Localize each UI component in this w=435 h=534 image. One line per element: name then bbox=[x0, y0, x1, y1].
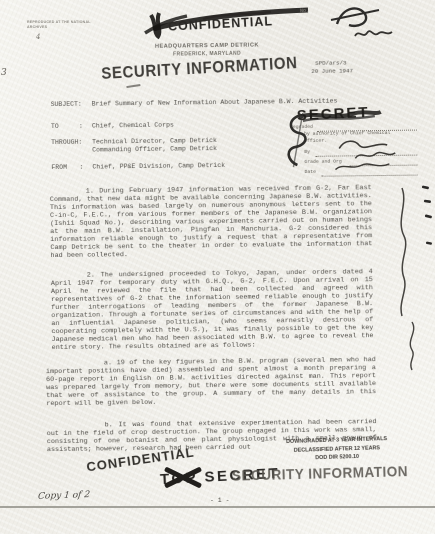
copy-note: Copy 1 of 2 bbox=[37, 490, 90, 502]
regrade-date-label: Date bbox=[304, 170, 316, 175]
stamp-underline-mark bbox=[126, 84, 140, 88]
to-label: TO bbox=[51, 123, 59, 131]
security-information-stamp-top: SECURITY INFORMATION bbox=[101, 54, 298, 83]
letterhead-line1: HEADQUARTERS CAMP DETRICK bbox=[141, 42, 273, 50]
from-value: Chief, PP&E Division, Camp Detrick bbox=[92, 162, 225, 172]
to-colon: : bbox=[79, 123, 83, 131]
from-colon: : bbox=[79, 164, 83, 172]
subject-label: SUBJECT: bbox=[51, 101, 82, 109]
paragraph-1: 1. During February 1947 information was … bbox=[50, 184, 373, 260]
reference-number: SPD/ars/3 bbox=[315, 59, 346, 66]
regrade-handwritten-signatures bbox=[329, 135, 430, 178]
paragraph-2: 2. The undersigned proceeded to Tokyo, J… bbox=[51, 268, 374, 352]
paragraph-a: a. 19 of the key figures in the B.W. pro… bbox=[46, 356, 377, 408]
document-date: 20 June 1947 bbox=[311, 67, 353, 75]
through-label: THROUGH: bbox=[51, 139, 82, 147]
bottom-rule bbox=[0, 506, 435, 508]
page-number: - 1 - bbox=[210, 497, 230, 504]
from-label: FROM bbox=[51, 164, 67, 172]
to-value: Chief, Chemical Corps bbox=[92, 122, 174, 131]
through-value-2: Commanding Officer, Camp Detrick bbox=[92, 145, 217, 155]
handwritten-flourish bbox=[279, 111, 314, 169]
scanned-document-page: REPRODUCED AT THE NATIONAL ARCHIVES 4 3 … bbox=[0, 0, 435, 534]
handwritten-margin-note bbox=[392, 182, 434, 382]
